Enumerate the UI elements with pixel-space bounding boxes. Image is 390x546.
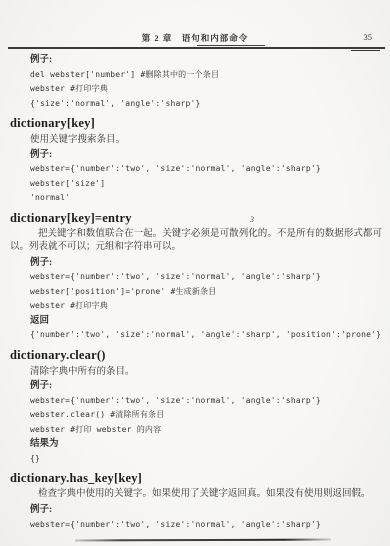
code-line: del webster['number'] #删除其中的一个条目 — [30, 68, 390, 83]
header-page-number-underline — [351, 50, 380, 52]
section-heading: dictionary[key] — [10, 116, 382, 131]
code-line: webster['position']='prone' #生成新条目 — [30, 285, 390, 300]
header-title-underline — [197, 45, 265, 46]
stray-print-mark: 3 — [250, 212, 254, 227]
header-page-number: 35 — [364, 32, 373, 42]
bottom-scan-artifact — [75, 539, 331, 542]
section-heading: dictionary.has_key[key] — [10, 471, 382, 486]
code-line: webster['size'] — [30, 177, 390, 192]
code-line: {'size':'normal', 'angle':'sharp'} — [30, 97, 390, 112]
description-line: 清除字典中所有的条目。 — [30, 365, 390, 380]
section-heading-text: dictionary.clear() — [10, 348, 106, 362]
example-label: 例子: — [30, 148, 390, 163]
code-line: webster={'number':'two', 'size':'normal'… — [30, 270, 390, 285]
section-heading-text: dictionary.has_key[key] — [10, 471, 142, 485]
example-label: 例子: — [30, 53, 390, 68]
header-rule — [8, 47, 385, 49]
code-line: webster #打印 webster 的内容 — [30, 423, 390, 438]
code-line: 'normal' — [30, 191, 390, 206]
code-line: {'number':'two', 'size':'normal', 'angle… — [30, 328, 390, 343]
code-line: webster #打印字典 — [30, 82, 390, 97]
code-line: {} — [30, 452, 390, 467]
code-line: webster={'number':'two', 'size':'normal'… — [30, 162, 390, 177]
example-label: 例子: — [30, 503, 390, 518]
scanned-book-page: 第 2 章 语句和内部命令 35 例子:del webster['number'… — [0, 0, 390, 546]
code-line: webster #打印字典 — [30, 299, 390, 314]
section-heading-text: dictionary[key]=entry — [10, 211, 132, 225]
page-content: 例子:del webster['number'] #删除其中的一个条目webst… — [0, 53, 390, 532]
section-heading: dictionary.clear() — [10, 348, 382, 363]
code-line: webster.clear() #清除所有条目 — [30, 408, 390, 423]
example-label: 例子: — [30, 256, 390, 271]
example-label: 返回 — [30, 314, 390, 329]
description-line: 使用关键字搜索条目。 — [30, 133, 390, 148]
code-line: webster={'number':'two', 'size':'normal'… — [30, 394, 390, 409]
code-line: webster={'number':'two', 'size':'normal'… — [30, 518, 390, 533]
header-chapter-title: 第 2 章 语句和内部命令 — [0, 32, 390, 44]
paragraph: 把关键字和数值联合在一起。关键字必须是可散列化的。不是所有的数据形式都可以。列表… — [10, 228, 382, 254]
paragraph: 检查字典中使用的关键字。如果使用了关键字返回真。如果没有使用则返回假。 — [10, 488, 382, 501]
example-label: 例子: — [30, 379, 390, 394]
section-heading: dictionary[key]=entry3 — [10, 211, 382, 226]
example-label: 结果为 — [30, 437, 390, 452]
section-heading-text: dictionary[key] — [10, 116, 95, 130]
